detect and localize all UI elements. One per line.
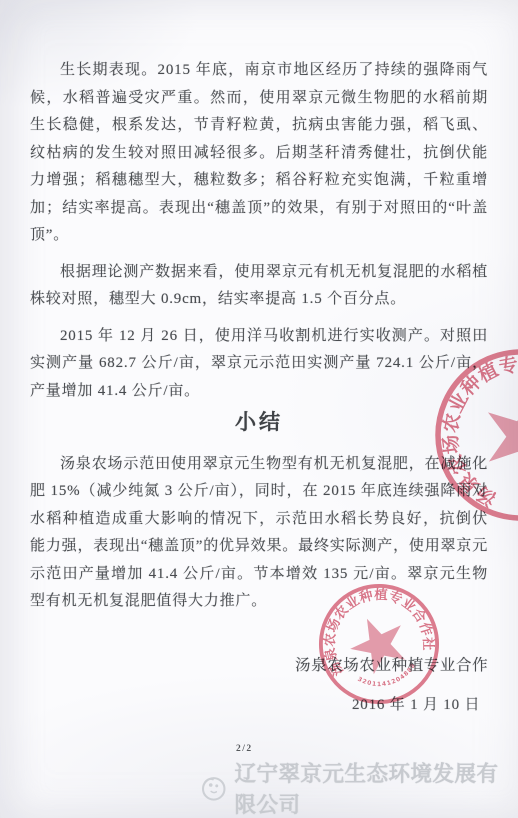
company-logo-icon (200, 772, 227, 804)
company-watermark-text: 辽宁翠京元生态环境发展有限公司 (234, 757, 518, 818)
seal-serial-number: 3201141204888 (355, 660, 421, 694)
page-number: 2/2 (236, 744, 253, 754)
company-watermark: 辽宁翠京元生态环境发展有限公司 (200, 757, 518, 818)
paragraph-harvest-measurement: 2015 年 12 月 26 日，使用洋马收割机进行实收测产。对照田实测产量 6… (30, 323, 488, 406)
paragraph-theoretical-yield: 根据理论测产数据来看，使用翠京元有机无机复混肥的水稻植株较对照，穗型大 0.9c… (30, 259, 488, 314)
document-body: 生长期表现。2015 年底，南京市地区经历了持续的强降雨气候，水稻普遍受灾严重。… (30, 57, 488, 625)
seal-star-icon (342, 607, 415, 679)
scanned-document-page: 生长期表现。2015 年底，南京市地区经历了持续的强降雨气候，水稻普遍受灾严重。… (0, 0, 518, 818)
paragraph-growth-performance: 生长期表现。2015 年底，南京市地区经历了持续的强降雨气候，水稻普遍受灾严重。… (30, 57, 488, 250)
